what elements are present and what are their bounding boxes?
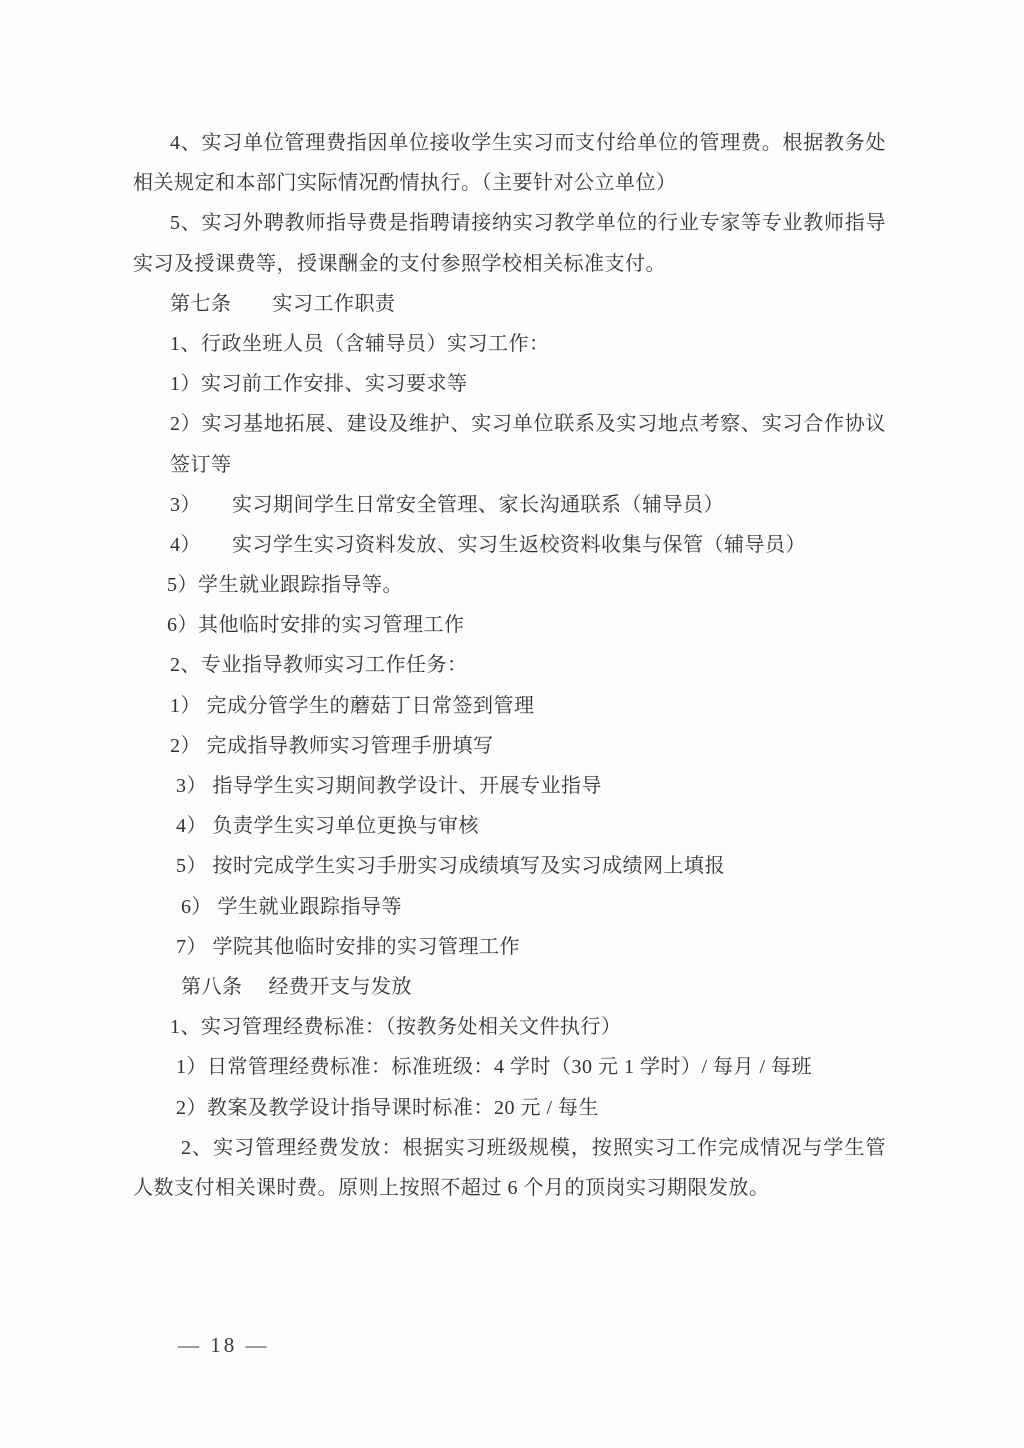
- doc-line: 相关规定和本部门实际情况酌情执行。（主要针对公立单位）: [133, 163, 886, 203]
- doc-line: 7） 学院其他临时安排的实习管理工作: [133, 927, 886, 967]
- document-body: 4、实习单位管理费指因单位接收学生实习而支付给单位的管理费。根据教务处 相关规定…: [133, 123, 886, 1208]
- doc-line: 6） 学生就业跟踪指导等: [133, 887, 886, 927]
- doc-line: 5） 按时完成学生实习手册实习成绩填写及实习成绩网上填报: [133, 846, 886, 886]
- doc-line: 1）日常管理经费标准：标准班级：4 学时（30 元 1 学时）/ 每月 / 每班: [133, 1047, 886, 1087]
- doc-line: 3） 指导学生实习期间教学设计、开展专业指导: [133, 766, 886, 806]
- doc-line: 实习及授课费等，授课酬金的支付参照学校相关标准支付。: [133, 244, 886, 284]
- doc-heading-article-8: 第八条 经费开支与发放: [133, 967, 886, 1007]
- document-page: 4、实习单位管理费指因单位接收学生实习而支付给单位的管理费。根据教务处 相关规定…: [0, 0, 1024, 1448]
- doc-line: 5）学生就业跟踪指导等。: [133, 565, 886, 605]
- doc-line: 4） 实习学生实习资料发放、实习生返校资料收集与保管（辅导员）: [133, 525, 886, 565]
- doc-heading-article-7: 第七条 实习工作职责: [133, 284, 886, 324]
- doc-line: 3） 实习期间学生日常安全管理、家长沟通联系（辅导员）: [133, 485, 886, 525]
- doc-line: 6）其他临时安排的实习管理工作: [133, 605, 886, 645]
- doc-line: 签订等: [133, 445, 886, 485]
- doc-line: 2）实习基地拓展、建设及维护、实习单位联系及实习地点考察、实习合作协议: [133, 404, 886, 444]
- doc-line: 2、专业指导教师实习工作任务：: [133, 645, 886, 685]
- doc-line: 4） 负责学生实习单位更换与审核: [133, 806, 886, 846]
- page-number: — 18 —: [178, 1330, 270, 1360]
- doc-line: 1、实习管理经费标准：（按教务处相关文件执行）: [133, 1007, 886, 1047]
- doc-line: 1、行政坐班人员（含辅导员）实习工作：: [133, 324, 886, 364]
- doc-line: 1）实习前工作安排、实习要求等: [133, 364, 886, 404]
- doc-line: 5、实习外聘教师指导费是指聘请接纳实习教学单位的行业专家等专业教师指导: [133, 203, 886, 243]
- doc-line: 人数支付相关课时费。原则上按照不超过 6 个月的顶岗实习期限发放。: [133, 1168, 886, 1208]
- doc-line: 4、实习单位管理费指因单位接收学生实习而支付给单位的管理费。根据教务处: [133, 123, 886, 163]
- doc-line: 2）教案及教学设计指导课时标准：20 元 / 每生: [133, 1088, 886, 1128]
- doc-line: 1） 完成分管学生的蘑菇丁日常签到管理: [133, 686, 886, 726]
- doc-line: 2） 完成指导教师实习管理手册填写: [133, 726, 886, 766]
- doc-line: 2、实习管理经费发放：根据实习班级规模，按照实习工作完成情况与学生管理: [133, 1128, 886, 1168]
